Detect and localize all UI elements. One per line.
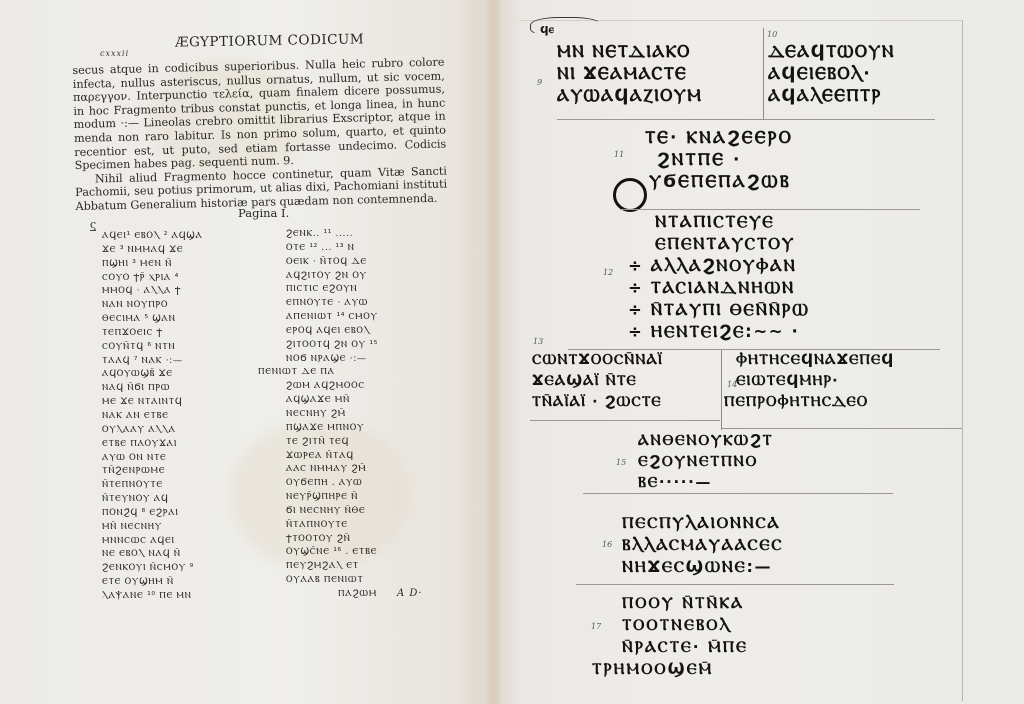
coptic-line: ϩⲉⲛⲕⲟⲩⲓ ⲛ̄ⲥⲙⲟⲩ ⁹ [102, 561, 203, 575]
coptic-line: ⲡϣⲁϫⲉ ⲙⲡⲛⲟⲩ [286, 421, 378, 435]
initial-letter-o [613, 178, 647, 212]
horizontal-rule [722, 428, 962, 429]
manuscript-block-12: ⲛⲧⲁⲡⲓⲥⲧⲉⲩⲉ ⲉⲡⲉⲛⲧⲁⲩⲥⲧⲟⲩ ÷ ⲁⲗⲗⲁϩⲛⲟⲩⲫⲁⲛ ÷ ⲧ… [628, 212, 810, 344]
coptic-column-b: ϩⲉⲛⲕ.. ¹¹ ..... ⲟⲧⲉ ¹² ... ¹³ ⲛ ⲟⲉⲓⲕ · ⲛ… [286, 227, 378, 601]
manuscript-line: ⲁⲛⲑⲉⲛⲟⲩⲕⲱϩⲧ [638, 431, 773, 452]
coptic-line: ϫⲱⲣⲉⲁ ⲛ̄ⲧⲁϥ [286, 449, 378, 463]
coptic-line: ⲑⲉⲥⲓⲙⲁ ⁵ ϣⲁⲛ [102, 312, 203, 326]
manuscript-line: ⲡⲟⲟⲩ ⲛ̄ⲧⲛ̄ⲕⲁ [622, 594, 748, 616]
manuscript-line: ⲛⲧⲁⲡⲓⲥⲧⲉⲩⲉ [655, 212, 810, 234]
manuscript-block-13: ⲥⲱⲛⲧϫⲟⲟⲥⲛ̄ⲛⲁⲓ̈ ϫⲉⲁϣⲁⲓ̈ ⲛ̄ⲧⲉ ⲧⲛ̄ⲁⲓ̈ⲁⲓ̈ · … [532, 352, 663, 415]
coptic-line: ⲁϥϩⲓⲧⲟⲩ ϩⲛ ⲟⲩ [286, 269, 378, 283]
manuscript-line: ⲙⲛ ⲛⲉⲧⲇⲓⲁⲕⲟ [557, 42, 702, 64]
coptic-line: ⲉⲡⲛⲟⲩⲧⲉ · ⲁⲩⲱ [286, 296, 378, 310]
manuscript-line: ⲃⲗⲗⲁⲥⲙⲁⲩⲁⲁⲥⲉⲥ [622, 535, 783, 557]
coptic-line: ⲁϥϣⲁϫⲉ ⲙⲛ̄ [286, 393, 378, 407]
coptic-line: ϩⲓⲧⲟⲟⲧϥ ϩⲛ ⲟⲩ ¹⁵ [286, 338, 378, 352]
coptic-line: ⲗⲁⲯⲁⲛⲉ ¹⁰ ⲡⲉ ⲙⲛ [102, 589, 203, 603]
coptic-line: ϯⲧⲟⲟⲧⲟⲩ ϩⲛ̄ [286, 532, 378, 546]
horizontal-rule [583, 493, 893, 494]
left-page: cxxxii ÆGYPTIORUM CODICUM secus atque in… [0, 0, 492, 704]
manuscript-block-11: ⲧⲉ· ⲕⲛⲁϩⲉⲉⲣⲟ ϩⲛⲧⲡⲉ · ⲩϭⲉⲡⲉⲡⲁϩⲱⲃ [645, 128, 793, 194]
manuscript-line: ⲉⲓⲱⲧⲉϥⲙⲏⲣ· [736, 373, 894, 394]
manuscript-line: ⲁϥⲉⲓⲉⲃⲟⲗ· [768, 64, 895, 86]
coptic-line: ⲧⲉ ϩⲓⲧⲛ̄ ⲧⲉϥ [286, 435, 378, 449]
latin-body-text: secus atque in codicibus superioribus. N… [72, 42, 448, 214]
coptic-line: ϩⲱⲙ ⲁϥϩⲙⲟⲟⲥ [286, 379, 378, 393]
manuscript-block-15: ⲁⲛⲑⲉⲛⲟⲩⲕⲱϩⲧ ⲉϩⲟⲩⲛⲉⲧⲡⲛⲟ ⲃⲉ·····— [638, 431, 773, 494]
manuscript-line: ⲡⲉⲥⲡⲩⲗⲁⲓⲟⲛⲛⲥⲁ [622, 513, 783, 535]
coptic-line: ⲧⲉⲡϫⲟⲉⲓⲥ ϯ [102, 326, 203, 340]
manuscript-line: ⲉⲡⲉⲛⲧⲁⲩⲥⲧⲟⲩ [655, 234, 810, 256]
coptic-line: ⲡⲉⲩϩⲙϩⲁⲗ ⲉⲧ [286, 559, 378, 573]
manuscript-line: ⲁⲩⲱⲁϥⲁⲍⲓⲟⲩⲙ [557, 86, 702, 108]
coptic-line: ⲡⲉⲛⲓⲱⲧ ⲇⲉ ⲡⲁ [258, 365, 378, 379]
coptic-line: ⲙⲙⲟϥ · ⲁⲗⲗⲁ ϯ [102, 284, 203, 298]
horizontal-rule [576, 584, 894, 585]
manuscript-line: ÷ ⲛ̄ⲧⲁⲩⲡⲓ ⲑⲉⲛ̄ⲛ̄ⲣⲱ [628, 300, 810, 322]
manuscript-line: ⲛ̄ⲣⲁⲥⲧⲉ· ⲙ̄ⲡⲉ [622, 638, 748, 660]
coptic-line: ⲡⲟⲛϩ̄ϥ ⁸ ⲉϩⲣⲁⲓ [102, 506, 203, 520]
catchword: A D· [397, 588, 423, 599]
coptic-line: ⲛⲉ ⲉⲃⲟⲗ ⲛⲁϥ ⲛ̄ [102, 547, 203, 561]
coptic-line: ⲛⲁⲕ ⲁⲛ ⲉⲧⲃⲉ [102, 409, 203, 423]
manuscript-line: ⲡⲉⲡⲣⲟⲫⲏⲧⲏⲥⲇⲉⲟ [724, 394, 894, 415]
coptic-line: ⲉⲧⲉ ⲟⲩϣⲏⲙ ⲛ̄ [102, 575, 203, 589]
coptic-line: ⲛⲟϭ ⲛⲣⲁϣⲉ ·:— [286, 352, 378, 366]
coptic-line: ⲥⲟⲩⲟ ϯⲣ̄ ⲭⲣⲓⲁ ⁴ [102, 271, 203, 285]
quire-signature: ϥⲉ [540, 22, 554, 37]
coptic-line: ⲟⲩϭⲉⲡⲏ . ⲁⲩⲱ [286, 476, 378, 490]
manuscript-line: ⲧⲟⲟⲧⲛⲉⲃⲟⲗ [622, 616, 748, 638]
coptic-line: ⲡϣⲏⲓ ³ ⲙⲉⲛ ⲛ̄ [102, 257, 203, 271]
coptic-line: ⲁⲡⲉⲛⲓⲱⲧ ¹⁴ ⲥⲙⲟⲩ [286, 310, 378, 324]
coptic-line: ϫⲉ ³ ⲛⲙⲙⲁϥ ϫⲉ [102, 243, 203, 257]
manuscript-block-17: ⲡⲟⲟⲩ ⲛ̄ⲧⲛ̄ⲕⲁ ⲧⲟⲟⲧⲛⲉⲃⲟⲗ ⲛ̄ⲣⲁⲥⲧⲉ· ⲙ̄ⲡⲉ ⲧⲣⲏ… [622, 594, 748, 682]
manuscript-block-14: ⲫⲏⲧⲏⲥⲉϥⲛⲁϫⲉⲡⲉϥ ⲉⲓⲱⲧⲉϥⲙⲏⲣ· ⲡⲉⲡⲣⲟⲫⲏⲧⲏⲥⲇⲉⲟ [736, 352, 894, 415]
column-divider [763, 28, 764, 120]
coptic-line: ⲉⲣⲟϥ ⲁϥⲉⲓ ⲉⲃⲟⲗ [286, 324, 378, 338]
horizontal-rule [620, 209, 920, 210]
manuscript-block-10: ⲇⲉⲁϥⲧⲱⲟⲩⲛ ⲁϥⲉⲓⲉⲃⲟⲗ· ⲁϥⲁⲗⲉⲉⲡⲧⲣ [768, 42, 895, 108]
manuscript-line: ⲫⲏⲧⲏⲥⲉϥⲛⲁϫⲉⲡⲉϥ [736, 352, 894, 373]
coptic-line: ⲉⲧⲃⲉ ⲡⲁⲟⲩϫⲁⲓ [102, 437, 203, 451]
line-number: 16 [602, 540, 612, 549]
manuscript-line: ϫⲉⲁϣⲁⲓ̈ ⲛ̄ⲧⲉ [532, 373, 663, 394]
manuscript-line: ⲧⲛ̄ⲁⲓ̈ⲁⲓ̈ · ϩⲱⲥⲧⲉ [532, 394, 663, 415]
manuscript-block-9: ⲙⲛ ⲛⲉⲧⲇⲓⲁⲕⲟ ⲛⲓ ϫⲉⲁⲙⲁⲥⲧⲉ ⲁⲩⲱⲁϥⲁⲍⲓⲟⲩⲙ [557, 42, 702, 108]
manuscript-line: ⲩϭⲉⲡⲉⲡⲁϩⲱⲃ [649, 172, 793, 194]
manuscript-line: ⲁϥⲁⲗⲉⲉⲡⲧⲣ [768, 86, 895, 108]
manuscript-line: ⲥⲱⲛⲧϫⲟⲟⲥⲛ̄ⲛⲁⲓ̈ [532, 352, 663, 373]
coptic-line: ⲟⲩⲁⲁⲃ ⲡⲉⲛⲓⲱⲧ [286, 573, 378, 587]
coptic-line: ⲛⲉⲩⲣ̄ϣⲡⲏⲣⲉ ⲛ̄ [286, 490, 378, 504]
manuscript-line: ⲉϩⲟⲩⲛⲉⲧⲡⲛⲟ [638, 452, 773, 473]
manuscript-line: ÷ ⲧⲁⲥⲓⲁⲛⲇⲛⲏⲱⲛ [628, 278, 810, 300]
horizontal-rule [568, 349, 940, 350]
book-gutter [486, 0, 500, 704]
coptic-line: ϭⲓ ⲛⲉⲥⲛⲏⲩ ⲛ̄ⲑⲉ [286, 504, 378, 518]
coptic-line: ⲡⲁϩⲱⲙ [338, 587, 378, 601]
coptic-line: ⲡⲓⲥⲧⲓⲥ ⲉϩⲟⲩⲛ [286, 282, 378, 296]
column-divider [721, 350, 722, 430]
line-number: 15 [616, 458, 626, 467]
manuscript-line: ⲇⲉⲁϥⲧⲱⲟⲩⲛ [768, 42, 895, 64]
line-number: 9 [537, 78, 542, 87]
coptic-line: ⲧⲛ̄ϩⲉⲛⲣⲱⲙⲉ [102, 464, 203, 478]
coptic-line: ⲧⲁⲁϥ ⁷ ⲛⲁⲕ ·:— [102, 354, 203, 368]
coptic-line: ⲛⲉⲥⲛⲏⲩ ϩⲙ̄ [286, 407, 378, 421]
coptic-line: ⲟⲧⲉ ¹² ... ¹³ ⲛ [286, 241, 378, 255]
coptic-line: ϩⲉⲛⲕ.. ¹¹ ..... [286, 227, 378, 241]
coptic-line: ⲁϥⲉⲓ¹ ⲉⲃⲟⲗ ² ⲁϥϣⲁ [102, 229, 203, 243]
manuscript-line: ⲧⲣⲏⲙⲟⲟϣⲉⲙ̄ [592, 660, 748, 682]
coptic-line: ⲙⲛⲛⲥⲱⲥ ⲁϥⲉⲓ [102, 534, 203, 548]
manuscript-line: ÷ ⲏⲉⲛⲧⲉⲓϩⲉ:~~ · [628, 322, 810, 344]
section-marker: ς [90, 220, 96, 231]
manuscript-line: ⲛⲓ ϫⲉⲁⲙⲁⲥⲧⲉ [557, 64, 702, 86]
coptic-line: ⲥⲟⲩⲛ̄ⲧϥ ⁶ ⲛⲧⲛ [102, 340, 203, 354]
line-number: 12 [603, 268, 613, 277]
coptic-line: ⲁⲁⲥ ⲛⲙⲙⲁⲩ ϩⲙ̄ [286, 462, 378, 476]
coptic-line: ⲙⲉ ϫⲉ ⲛⲧⲁⲓⲛⲧϥ [102, 395, 203, 409]
coptic-line: ⲟⲉⲓⲕ · ⲛ̄ⲧⲟϥ ⲇⲉ [286, 255, 378, 269]
coptic-line: ⲛⲁⲛ ⲛⲟⲩⲡⲣⲟ [102, 298, 203, 312]
coptic-line: ⲁϥⲟⲩⲱϣⲃ̄ ϫⲉ [102, 367, 203, 381]
manuscript-block-16: ⲡⲉⲥⲡⲩⲗⲁⲓⲟⲛⲛⲥⲁ ⲃⲗⲗⲁⲥⲙⲁⲩⲁⲁⲥⲉⲥ ⲛⲏϫⲉⲥϣⲱⲛⲉ:— [622, 513, 783, 579]
coptic-line: ⲟⲩⲗⲁⲁⲩ ⲁⲗⲗⲁ [102, 423, 203, 437]
horizontal-rule [530, 420, 720, 421]
section-heading: Pagina I. [238, 206, 289, 220]
coptic-line: ⲛ̄ⲧⲁⲡⲛⲟⲩⲧⲉ [286, 518, 378, 532]
horizontal-rule [557, 119, 935, 120]
book-spread: cxxxii ÆGYPTIORUM CODICUM secus atque in… [0, 0, 1024, 704]
manuscript-line: ϩⲛⲧⲡⲉ · [657, 150, 793, 172]
line-number: 10 [767, 30, 777, 39]
coptic-line: ⲛ̄ⲧⲉⲩⲛⲟⲩ ⲁϥ [102, 492, 203, 506]
manuscript-line: ⲧⲉ· ⲕⲛⲁϩⲉⲉⲣⲟ [645, 128, 793, 150]
coptic-line: ⲙⲛ̄ ⲛⲉⲥⲛⲏⲩ [102, 520, 203, 534]
paragraph: secus atque in codicibus superioribus. N… [72, 56, 446, 173]
coptic-line: ⲁⲩⲱ ⲟⲛ ⲛⲧⲉ [102, 451, 203, 465]
manuscript-line: ÷ ⲁⲗⲗⲁϩⲛⲟⲩⲫⲁⲛ [628, 256, 810, 278]
line-number: 13 [533, 337, 543, 346]
coptic-line: ⲛ̄ⲧⲉⲡⲛⲟⲩⲧⲉ [102, 478, 203, 492]
manuscript-line: ⲃⲉ·····— [638, 473, 773, 494]
coptic-line: ⲟⲩϣⲥ̄ⲛⲉ ¹⁶ . ⲉⲧⲃⲉ [286, 545, 378, 559]
manuscript-line: ⲛⲏϫⲉⲥϣⲱⲛⲉ:— [622, 557, 783, 579]
coptic-column-a: ⲁϥⲉⲓ¹ ⲉⲃⲟⲗ ² ⲁϥϣⲁ ϫⲉ ³ ⲛⲙⲙⲁϥ ϫⲉ ⲡϣⲏⲓ ³ ⲙ… [102, 229, 203, 603]
line-number: 11 [614, 150, 624, 159]
coptic-line: ⲛⲁϥ ⲛ̄ϭⲓ ⲡⲣⲱ [102, 381, 203, 395]
line-number: 17 [591, 622, 601, 631]
